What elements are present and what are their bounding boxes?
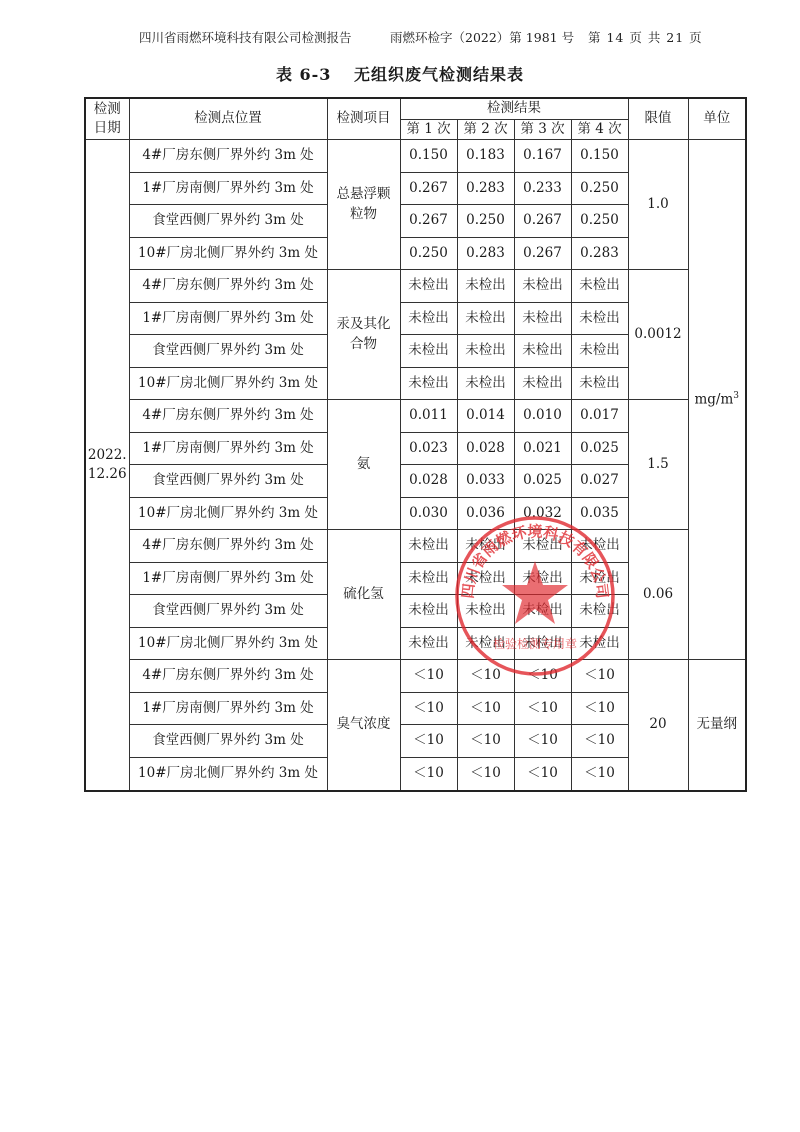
result-run-3: 未检出 xyxy=(514,367,571,400)
limit-cell: 20 xyxy=(628,660,688,791)
header-run-4: 第 4 次 xyxy=(571,119,628,140)
result-run-4: 未检出 xyxy=(571,595,628,628)
item-cell: 硫化氢 xyxy=(327,530,400,660)
result-run-2: 未检出 xyxy=(457,367,514,400)
header-limit: 限值 xyxy=(628,98,688,140)
location-cell: 4#厂房东侧厂界外约 3m 处 xyxy=(129,400,327,433)
table-row: 4#厂房东侧厂界外约 3m 处氨0.0110.0140.0100.0171.5 xyxy=(85,400,746,433)
limit-cell: 1.0 xyxy=(628,140,688,270)
unit-base: mg/m xyxy=(694,391,733,407)
result-run-3: 0.233 xyxy=(514,172,571,205)
header-run-3: 第 3 次 xyxy=(514,119,571,140)
header-date: 检测 日期 xyxy=(85,98,129,140)
location-cell: 10#厂房北侧厂界外约 3m 处 xyxy=(129,627,327,660)
result-run-2: 0.183 xyxy=(457,140,514,173)
result-run-1: 0.267 xyxy=(400,172,457,205)
table-row: 4#厂房东侧厂界外约 3m 处汞及其化合物未检出未检出未检出未检出0.0012 xyxy=(85,270,746,303)
result-run-2: 0.283 xyxy=(457,172,514,205)
location-cell: 1#厂房南侧厂界外约 3m 处 xyxy=(129,432,327,465)
header-row: 检测 日期 检测点位置 检测项目 检测结果 限值 单位 xyxy=(85,98,746,119)
result-run-1: 未检出 xyxy=(400,270,457,303)
result-run-3: 0.267 xyxy=(514,205,571,238)
header-date-line1: 检测 xyxy=(94,101,121,117)
result-run-1: 未检出 xyxy=(400,530,457,563)
header-run-1: 第 1 次 xyxy=(400,119,457,140)
result-run-4: 未检出 xyxy=(571,302,628,335)
result-run-2: ＜10 xyxy=(457,725,514,758)
item-cell: 臭气浓度 xyxy=(327,660,400,791)
table-row: 4#厂房东侧厂界外约 3m 处臭气浓度＜10＜10＜10＜1020无量纲 xyxy=(85,660,746,693)
item-line1: 氨 xyxy=(357,456,371,472)
result-run-4: 未检出 xyxy=(571,367,628,400)
result-run-2: ＜10 xyxy=(457,692,514,725)
result-run-3: ＜10 xyxy=(514,757,571,791)
table-row: 4#厂房东侧厂界外约 3m 处硫化氢未检出未检出未检出未检出0.06 xyxy=(85,530,746,563)
result-run-1: ＜10 xyxy=(400,757,457,791)
unit-cell-dimensionless: 无量纲 xyxy=(688,660,746,791)
result-run-1: ＜10 xyxy=(400,725,457,758)
result-run-1: 未检出 xyxy=(400,335,457,368)
result-run-4: 0.017 xyxy=(571,400,628,433)
result-run-3: 未检出 xyxy=(514,270,571,303)
result-run-1: 0.150 xyxy=(400,140,457,173)
limit-cell: 1.5 xyxy=(628,400,688,530)
result-run-3: 未检出 xyxy=(514,627,571,660)
location-cell: 10#厂房北侧厂界外约 3m 处 xyxy=(129,497,327,530)
result-run-1: ＜10 xyxy=(400,692,457,725)
table-title-text: 无组织废气检测结果表 xyxy=(354,65,524,84)
result-run-2: 未检出 xyxy=(457,530,514,563)
result-run-4: 未检出 xyxy=(571,627,628,660)
result-run-2: 0.250 xyxy=(457,205,514,238)
result-run-1: 0.030 xyxy=(400,497,457,530)
result-run-1: 0.250 xyxy=(400,237,457,270)
result-run-3: ＜10 xyxy=(514,725,571,758)
result-run-3: ＜10 xyxy=(514,660,571,693)
location-cell: 食堂西侧厂界外约 3m 处 xyxy=(129,205,327,238)
item-line2: 粒物 xyxy=(350,206,377,222)
result-run-2: 0.028 xyxy=(457,432,514,465)
location-cell: 1#厂房南侧厂界外约 3m 处 xyxy=(129,172,327,205)
table-number: 表 6-3 xyxy=(276,65,331,84)
header-results: 检测结果 xyxy=(400,98,628,119)
result-run-4: 0.283 xyxy=(571,237,628,270)
unit-cell-mg: mg/m3 xyxy=(688,140,746,660)
result-run-1: 未检出 xyxy=(400,627,457,660)
header-run-2: 第 2 次 xyxy=(457,119,514,140)
item-line1: 臭气浓度 xyxy=(337,716,391,732)
result-run-3: 未检出 xyxy=(514,302,571,335)
result-run-2: 未检出 xyxy=(457,302,514,335)
result-run-2: 0.036 xyxy=(457,497,514,530)
result-run-2: 未检出 xyxy=(457,270,514,303)
location-cell: 4#厂房东侧厂界外约 3m 处 xyxy=(129,530,327,563)
result-run-4: ＜10 xyxy=(571,660,628,693)
date-line1: 2022. xyxy=(88,447,127,463)
result-run-3: 0.167 xyxy=(514,140,571,173)
result-run-1: 未检出 xyxy=(400,367,457,400)
result-run-3: 0.010 xyxy=(514,400,571,433)
results-table: 检测 日期 检测点位置 检测项目 检测结果 限值 单位 第 1 次 第 2 次 … xyxy=(84,97,747,792)
location-cell: 10#厂房北侧厂界外约 3m 处 xyxy=(129,757,327,791)
header-location: 检测点位置 xyxy=(129,98,327,140)
item-cell: 总悬浮颗粒物 xyxy=(327,140,400,270)
result-run-2: 未检出 xyxy=(457,335,514,368)
location-cell: 1#厂房南侧厂界外约 3m 处 xyxy=(129,692,327,725)
result-run-3: 0.267 xyxy=(514,237,571,270)
result-run-1: 未检出 xyxy=(400,595,457,628)
result-run-1: 0.028 xyxy=(400,465,457,498)
result-run-2: ＜10 xyxy=(457,660,514,693)
result-run-1: 未检出 xyxy=(400,562,457,595)
location-cell: 1#厂房南侧厂界外约 3m 处 xyxy=(129,302,327,335)
result-run-3: 未检出 xyxy=(514,530,571,563)
report-number: 雨燃环检字（2022）第 1981 号 xyxy=(390,28,574,46)
location-cell: 1#厂房南侧厂界外约 3m 处 xyxy=(129,562,327,595)
page-number: 第 14 页 共 21 页 xyxy=(588,28,703,46)
result-run-4: 未检出 xyxy=(571,562,628,595)
location-cell: 食堂西侧厂界外约 3m 处 xyxy=(129,465,327,498)
unit-sup: 3 xyxy=(733,391,739,401)
location-cell: 10#厂房北侧厂界外约 3m 处 xyxy=(129,367,327,400)
result-run-1: 0.011 xyxy=(400,400,457,433)
result-run-3: 0.021 xyxy=(514,432,571,465)
result-run-3: 未检出 xyxy=(514,562,571,595)
location-cell: 食堂西侧厂界外约 3m 处 xyxy=(129,725,327,758)
result-run-1: 未检出 xyxy=(400,302,457,335)
date-line2: 12.26 xyxy=(88,466,127,482)
limit-cell: 0.06 xyxy=(628,530,688,660)
result-run-2: 未检出 xyxy=(457,627,514,660)
item-cell: 汞及其化合物 xyxy=(327,270,400,400)
item-line1: 汞及其化 xyxy=(337,316,391,332)
result-run-3: 未检出 xyxy=(514,335,571,368)
result-run-2: 未检出 xyxy=(457,595,514,628)
location-cell: 食堂西侧厂界外约 3m 处 xyxy=(129,595,327,628)
result-run-2: 0.014 xyxy=(457,400,514,433)
result-run-4: 0.250 xyxy=(571,205,628,238)
location-cell: 食堂西侧厂界外约 3m 处 xyxy=(129,335,327,368)
header-unit: 单位 xyxy=(688,98,746,140)
result-run-2: ＜10 xyxy=(457,757,514,791)
result-run-4: 未检出 xyxy=(571,270,628,303)
item-cell: 氨 xyxy=(327,400,400,530)
limit-cell: 0.0012 xyxy=(628,270,688,400)
result-run-3: 0.025 xyxy=(514,465,571,498)
item-line2: 合物 xyxy=(350,336,377,352)
results-body: 2022.12.264#厂房东侧厂界外约 3m 处总悬浮颗粒物0.1500.18… xyxy=(85,140,746,791)
result-run-3: 0.032 xyxy=(514,497,571,530)
result-run-2: 0.283 xyxy=(457,237,514,270)
result-run-4: 0.025 xyxy=(571,432,628,465)
location-cell: 10#厂房北侧厂界外约 3m 处 xyxy=(129,237,327,270)
result-run-4: 未检出 xyxy=(571,335,628,368)
result-run-4: 0.150 xyxy=(571,140,628,173)
result-run-4: 未检出 xyxy=(571,530,628,563)
result-run-4: 0.027 xyxy=(571,465,628,498)
result-run-1: ＜10 xyxy=(400,660,457,693)
result-run-4: ＜10 xyxy=(571,692,628,725)
result-run-2: 0.033 xyxy=(457,465,514,498)
date-cell: 2022.12.26 xyxy=(85,140,129,791)
result-run-4: ＜10 xyxy=(571,757,628,791)
location-cell: 4#厂房东侧厂界外约 3m 处 xyxy=(129,270,327,303)
result-run-4: 0.035 xyxy=(571,497,628,530)
result-run-1: 0.267 xyxy=(400,205,457,238)
company-name: 四川省雨燃环境科技有限公司检测报告 xyxy=(139,28,352,46)
result-run-3: 未检出 xyxy=(514,595,571,628)
header-item: 检测项目 xyxy=(327,98,400,140)
table-row: 2022.12.264#厂房东侧厂界外约 3m 处总悬浮颗粒物0.1500.18… xyxy=(85,140,746,173)
result-run-4: 0.250 xyxy=(571,172,628,205)
location-cell: 4#厂房东侧厂界外约 3m 处 xyxy=(129,660,327,693)
item-line1: 总悬浮颗 xyxy=(337,186,391,202)
result-run-3: ＜10 xyxy=(514,692,571,725)
header-date-line2: 日期 xyxy=(94,120,121,136)
item-line1: 硫化氢 xyxy=(343,586,384,602)
location-cell: 4#厂房东侧厂界外约 3m 处 xyxy=(129,140,327,173)
result-run-4: ＜10 xyxy=(571,725,628,758)
result-run-2: 未检出 xyxy=(457,562,514,595)
result-run-1: 0.023 xyxy=(400,432,457,465)
table-title: 表 6-3 无组织废气检测结果表 xyxy=(0,62,800,85)
